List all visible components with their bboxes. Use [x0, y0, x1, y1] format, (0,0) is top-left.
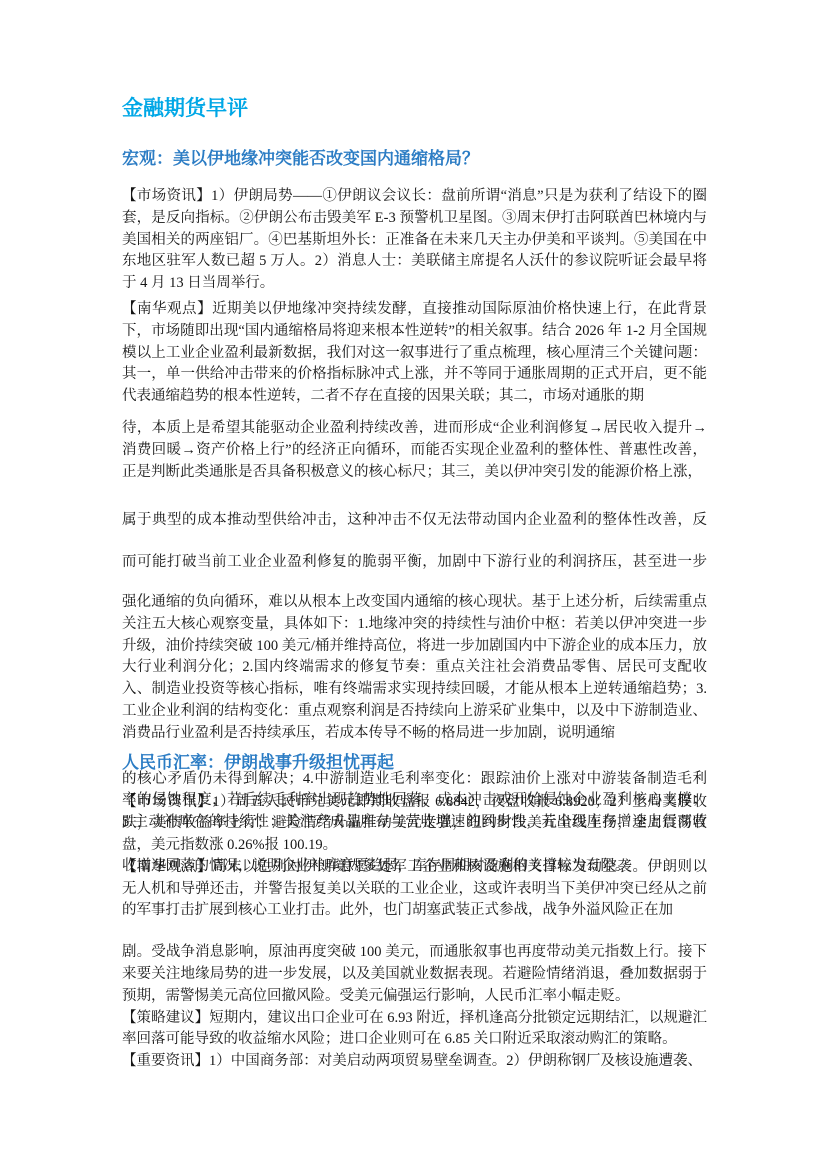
fx-news-paragraph: 【重要资讯】1）中国商务部：对美启动两项贸易壁垒调查。2）伊朗称钢厂及核设施遭袭…: [122, 1051, 707, 1073]
macro-market-info-paragraph: 【市场资讯】1）伊朗局势——①伊朗议会议长：盘前所谓“消息”只是为获利了结设下的…: [122, 186, 707, 295]
macro-view-paragraph-1: 【南华观点】近期美以伊地缘冲突持续发酵，直接推动国际原油价格快速上行，在此背景下…: [122, 299, 707, 408]
fx-market-line: 【南华观点】周末以色列对伊朗境内多处军工企业和核设施相关目标发动空袭。伊朗则以: [122, 857, 707, 879]
macro-view-paragraph-2: 待，本质上是希望其能驱动企业盈利持续改善，进而形成“企业利润修复→居民收入提升→…: [122, 418, 707, 483]
fx-view-paragraph-2: 剧。受战争消息影响，原油再度突破 100 美元，而通胀叙事也再度带动美元指数上行…: [122, 942, 707, 1007]
overlapping-text-zone: 的核心矛盾仍未得到解决；4.中游制造业毛利率变化：跟踪油价上涨对中游装备制造毛利…: [122, 756, 707, 879]
fx-view-paragraph-1: 无人机和导弹还击，并警告报复美以关联的工业企业，这或许表明当下美伊冲突已经从之前…: [122, 879, 707, 923]
fx-market-line: 跌，美债收益率上行；避险情绪升温推动美元走强，纽约时段美元全线上扬，全周震荡收: [122, 813, 707, 835]
section-heading-fx: 人民币汇率：伊朗战事升级担忧再起: [122, 752, 394, 775]
macro-view-paragraph-3: 属于典型的成本推动型供给冲击，这种冲击不仅无法带动国内企业盈利的整体性改善，反: [122, 510, 707, 532]
macro-view-paragraph-4: 而可能打破当前工业企业盈利修复的脆弱平衡，加剧中下游行业的利润挤压，甚至进一步: [122, 552, 707, 574]
fx-market-info-layer: 【市场资讯】1）周五人民币兑美元即期收盘报 6.8842，夜盘收报 6.8920…: [122, 792, 707, 879]
fx-strategy-paragraph: 【策略建议】短期内，建议出口企业可在 6.93 附近，择机逢高分批锁定远期结汇，…: [122, 1008, 707, 1052]
fx-market-line: 盘，美元指数涨 0.26%报 100.19。: [122, 835, 707, 857]
section-heading-macro: 宏观：美以伊地缘冲突能否改变国内通缩格局？: [122, 148, 707, 171]
document-page: 金融期货早评 宏观：美以伊地缘冲突能否改变国内通缩格局？ 【市场资讯】1）伊朗局…: [0, 0, 826, 1073]
doc-title: 金融期货早评: [122, 96, 707, 121]
macro-view-paragraph-5: 强化通缩的负向循环，难以从根本上改变国内通缩的核心现状。基于上述分析，后续需重点…: [122, 592, 707, 745]
fx-market-line: 【市场资讯】1）周五人民币兑美元即期收盘报 6.8842，夜盘收报 6.8920…: [122, 792, 707, 814]
